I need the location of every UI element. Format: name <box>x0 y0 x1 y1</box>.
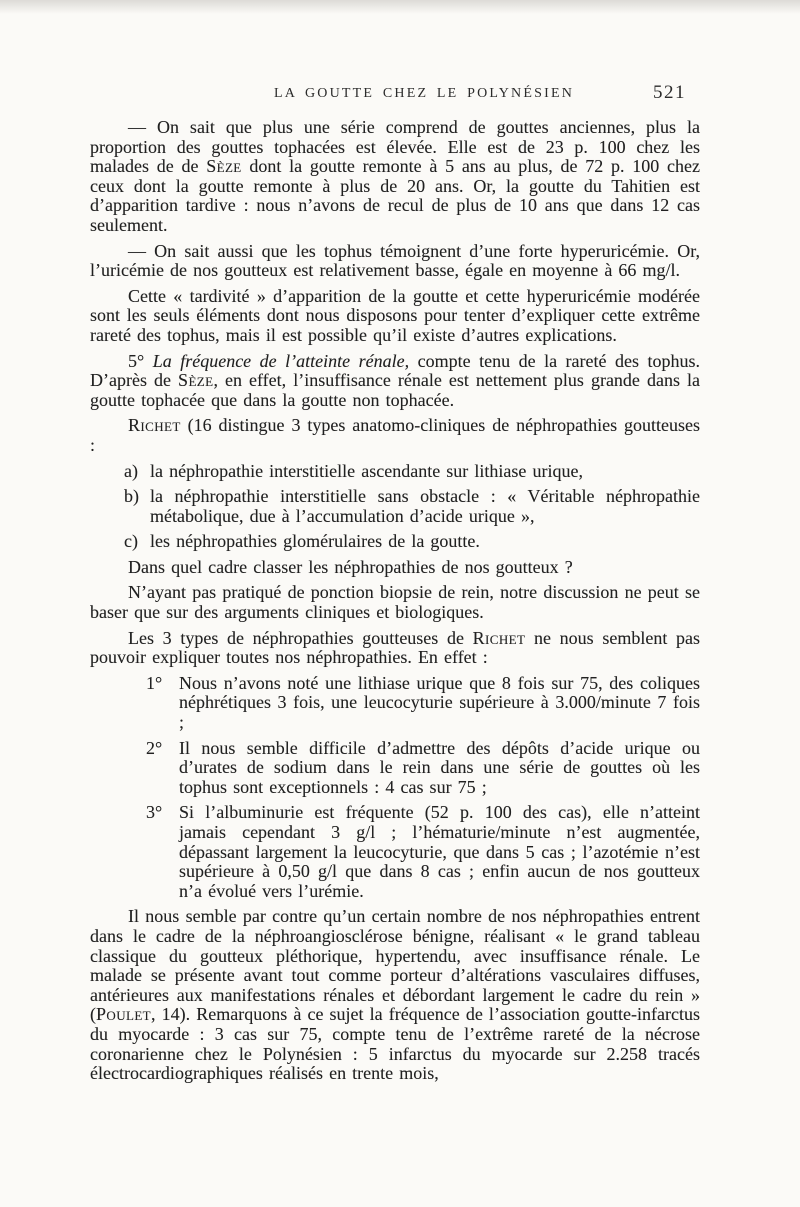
list-marker: a) <box>124 462 150 482</box>
paragraph: Dans quel cadre classer les néphropathie… <box>90 558 700 578</box>
list-item-c: c) les néphropathies glomérulaires de la… <box>124 532 700 552</box>
text-run: Cette « tardivité » d’apparition de la g… <box>90 286 700 345</box>
section-number: 5° <box>128 351 153 371</box>
paragraph: N’ayant pas pratiqué de ponction biopsie… <box>90 583 700 622</box>
list-item-text: Il nous semble difficile d’admettre des … <box>179 739 700 798</box>
person-name-richet: Richet <box>128 415 181 435</box>
running-header-title: LA GOUTTE CHEZ LE POLYNÉSIEN <box>90 86 700 102</box>
person-name-seze: Sèze <box>178 370 213 390</box>
page-number: 521 <box>653 82 686 104</box>
list-marker: 1° <box>146 674 179 733</box>
text-run: , 14). Remarquons à ce sujet la fréquenc… <box>90 1004 700 1083</box>
person-name-seze: Sèze <box>206 156 241 176</box>
scanned-page: LA GOUTTE CHEZ LE POLYNÉSIEN 521 — On sa… <box>0 0 800 1207</box>
running-header: LA GOUTTE CHEZ LE POLYNÉSIEN 521 <box>90 86 700 104</box>
list-marker: 2° <box>146 739 179 798</box>
paragraph: — On sait que plus une série comprend de… <box>90 118 700 236</box>
paragraph: Les 3 types de néphropathies goutteuses … <box>90 629 700 668</box>
text-run: N’ayant pas pratiqué de ponction biopsie… <box>90 582 700 622</box>
scan-edge-shadow <box>0 0 800 14</box>
list-item-text: la néphropathie interstitielle sans obst… <box>150 487 700 526</box>
numbered-item-1: 1° Nous n’avons noté une lithiase urique… <box>146 674 700 733</box>
section-title-italic: La fréquence de l’atteinte rénale, <box>153 351 409 371</box>
paragraph: Il nous semble par contre qu’un certain … <box>90 907 700 1083</box>
paragraph: Cette « tardivité » d’apparition de la g… <box>90 287 700 346</box>
list-marker: b) <box>124 487 150 526</box>
text-run: Dans quel cadre classer les néphropathie… <box>128 557 573 577</box>
text-run: Les 3 types de néphropathies goutteuses … <box>128 628 473 648</box>
numbered-item-3: 3° Si l’albuminurie est fréquente (52 p.… <box>146 803 700 901</box>
list-marker: 3° <box>146 803 179 901</box>
text-run: (16 distingue 3 types anatomo-cliniques … <box>90 415 700 455</box>
list-item-text: Nous n’avons noté une lithiase urique qu… <box>179 674 700 733</box>
text-run: — On sait aussi que les tophus témoignen… <box>90 241 700 281</box>
list-item-b: b) la néphropathie interstitielle sans o… <box>124 487 700 526</box>
person-name-poulet: Poulet <box>96 1004 151 1024</box>
paragraph: Richet (16 distingue 3 types anatomo-cli… <box>90 416 700 455</box>
paragraph: — On sait aussi que les tophus témoignen… <box>90 242 700 281</box>
list-item-text: les néphropathies glomérulaires de la go… <box>150 532 700 552</box>
page-content: LA GOUTTE CHEZ LE POLYNÉSIEN 521 — On sa… <box>90 86 700 1084</box>
list-marker: c) <box>124 532 150 552</box>
list-item-a: a) la néphropathie interstitielle ascend… <box>124 462 700 482</box>
person-name-richet: Richet <box>473 628 526 648</box>
numbered-item-2: 2° Il nous semble difficile d’admettre d… <box>146 739 700 798</box>
paragraph-section-5: 5° La fréquence de l’atteinte rénale, co… <box>90 352 700 411</box>
list-item-text: Si l’albuminurie est fréquente (52 p. 10… <box>179 803 700 901</box>
list-item-text: la néphropathie interstitielle ascendant… <box>150 462 700 482</box>
